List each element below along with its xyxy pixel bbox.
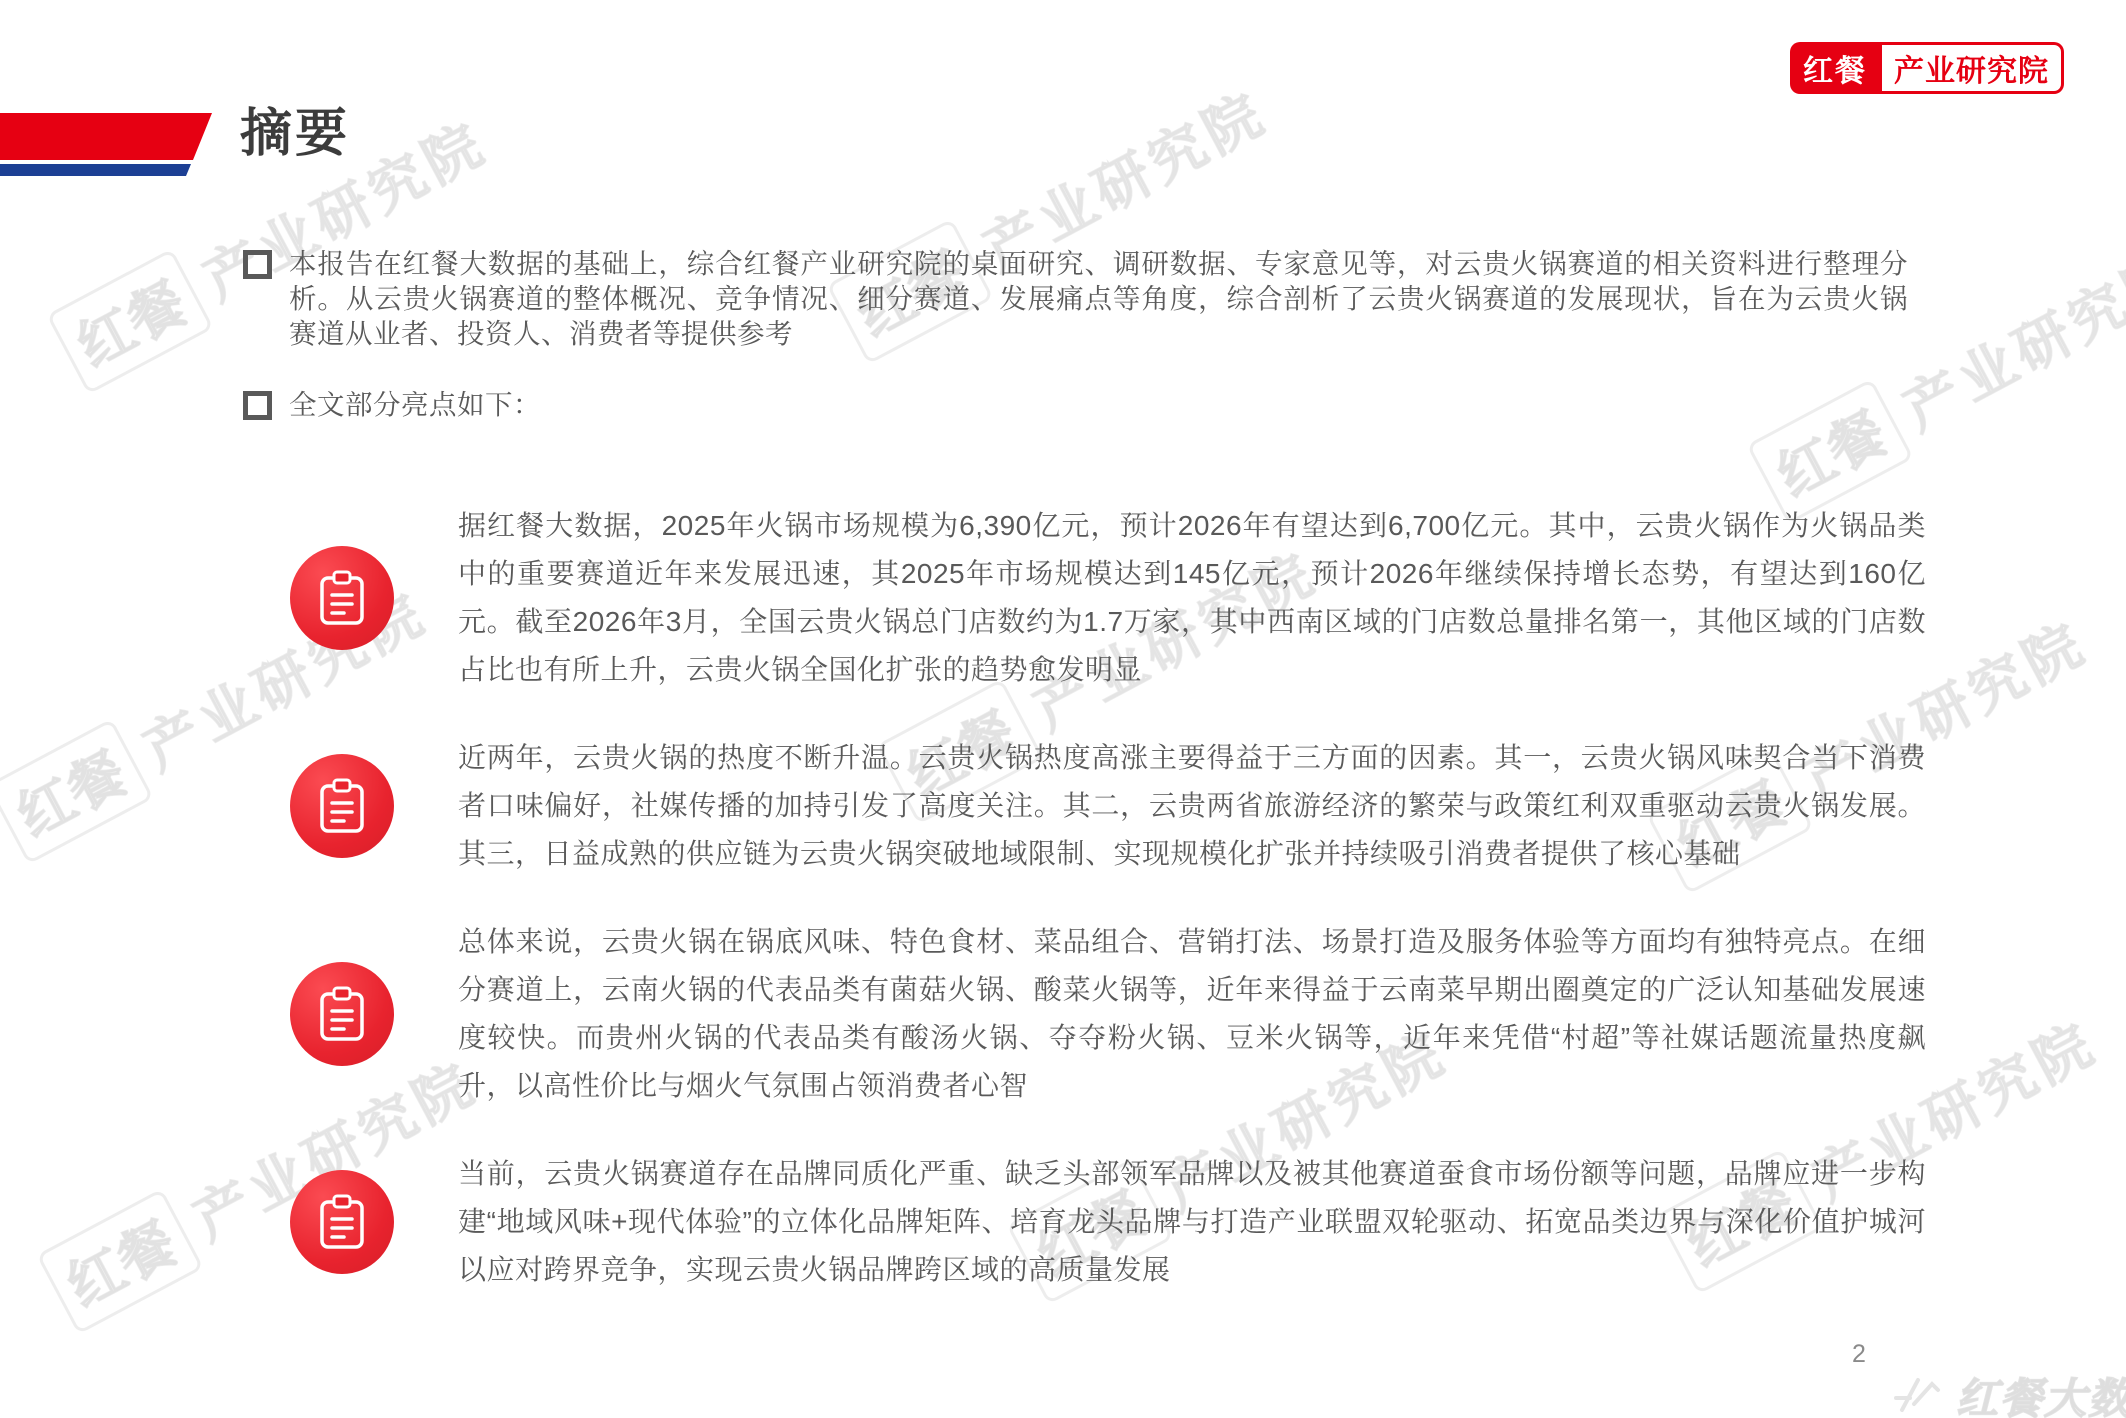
page-title: 摘要 [240,104,350,164]
highlight-4-text: 当前，云贵火锅赛道存在品牌同质化严重、缺乏头部领军品牌以及被其他赛道蚕食市场份额… [458,1150,1926,1294]
hongcan-bigdata-logo-icon [1888,1370,1946,1418]
watermark-brand-logo: 红餐 [36,1188,204,1334]
highlight-row-4: 当前，云贵火锅赛道存在品牌同质化严重、缺乏头部领军品牌以及被其他赛道蚕食市场份额… [290,1150,1930,1294]
watermark-brand-logo: 红餐 [0,718,154,864]
clipboard-icon [290,754,394,858]
intro-bullet-2-text: 全文部分亮点如下： [289,387,541,422]
highlights-section: 据红餐大数据，2025年火锅市场规模为6,390亿元，预计2026年有望达到6,… [290,502,1930,1334]
highlight-1-text: 据红餐大数据，2025年火锅市场规模为6,390亿元，预计2026年有望达到6,… [458,502,1926,694]
watermark-brand-logo: 红餐 [46,248,214,394]
square-bullet-icon [243,391,272,420]
intro-bullet-1: 本报告在红餐大数据的基础上，综合红餐产业研究院的桌面研究、调研数据、专家意见等，… [243,246,1908,351]
highlight-3-text: 总体来说，云贵火锅在锅底风味、特色食材、菜品组合、营销打法、场景打造及服务体验等… [458,918,1926,1110]
intro-bullet-1-text: 本报告在红餐大数据的基础上，综合红餐产业研究院的桌面研究、调研数据、专家意见等，… [289,246,1908,351]
intro-section: 本报告在红餐大数据的基础上，综合红餐产业研究院的桌面研究、调研数据、专家意见等，… [243,246,1908,458]
highlight-row-1: 据红餐大数据，2025年火锅市场规模为6,390亿元，预计2026年有望达到6,… [290,502,1930,694]
clipboard-icon [290,1170,394,1274]
page-number: 2 [1852,1340,1866,1369]
highlight-2-text: 近两年，云贵火锅的热度不断升温。云贵火锅热度高涨主要得益于三方面的因素。其一，云… [458,734,1926,878]
hongcan-bigdata-watermark: 红餐大数据 [1888,1366,2126,1418]
clipboard-icon [290,546,394,650]
intro-bullet-2: 全文部分亮点如下： [243,387,1908,422]
title-accent-shape [0,108,230,180]
hongcan-logo-institute-label: 产业研究院 [1880,42,2064,94]
hongcan-logo-red-box: 红餐 [1790,42,1880,94]
highlight-row-2: 近两年，云贵火锅的热度不断升温。云贵火锅热度高涨主要得益于三方面的因素。其一，云… [290,734,1930,878]
clipboard-icon [290,962,394,1066]
hongcan-institute-logo: 红餐 产业研究院 [1790,42,2064,94]
square-bullet-icon [243,250,272,279]
highlight-row-3: 总体来说，云贵火锅在锅底风味、特色食材、菜品组合、营销打法、场景打造及服务体验等… [290,918,1930,1110]
